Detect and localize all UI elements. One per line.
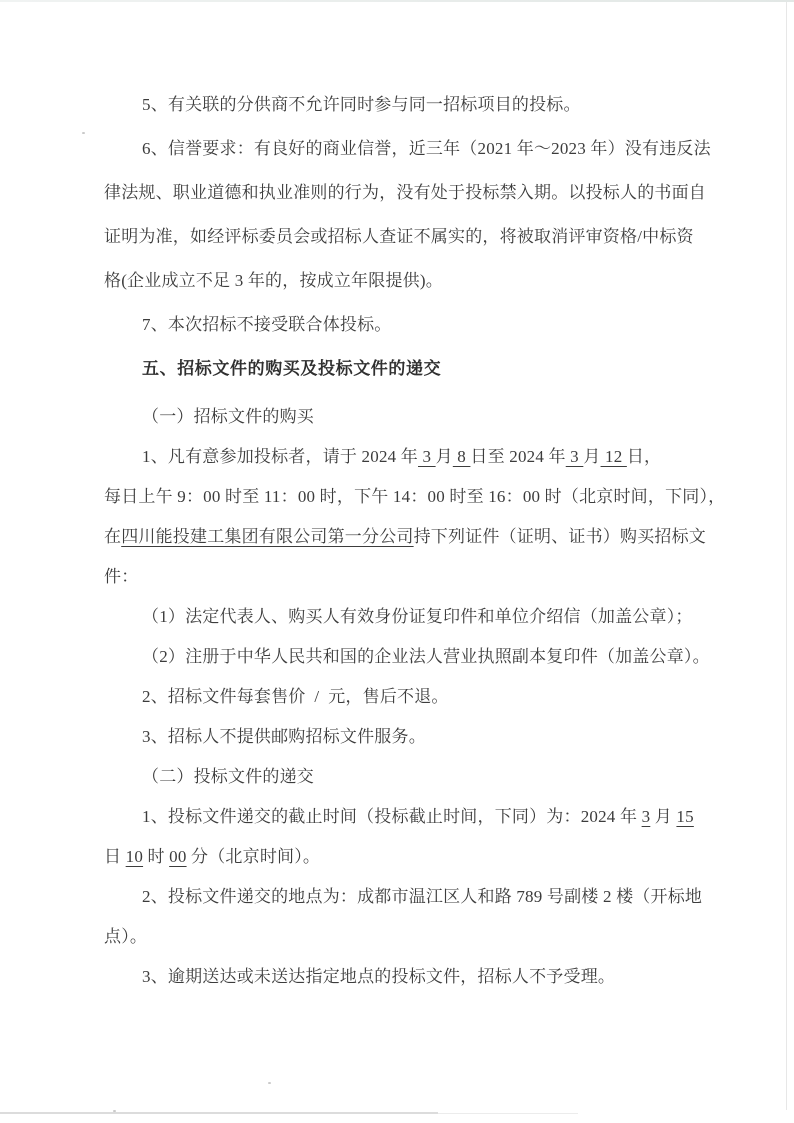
text-line: 7、本次招标不接受联合体投标。 bbox=[104, 303, 764, 347]
underlined-text: 00 bbox=[169, 847, 186, 866]
document-body: 5、有关联的分供商不允许同时参与同一招标项目的投标。6、信誉要求：有良好的商业信… bbox=[104, 83, 764, 997]
underlined-text: 3 bbox=[418, 447, 436, 466]
text-run: 2、招标文件每套售价 / 元，售后不退。 bbox=[142, 687, 449, 706]
text-run: 1、投标文件递交的截止时间（投标截止时间，下同）为：2024 年 bbox=[142, 807, 642, 826]
text-run: （2）注册于中华人民共和国的企业法人营业执照副本复印件（加盖公章）。 bbox=[142, 647, 710, 666]
underlined-text: 10 bbox=[126, 847, 143, 866]
text-line: 在四川能投建工集团有限公司第一分公司持下列证件（证明、证书）购买招标文 bbox=[104, 517, 764, 557]
text-run: 件： bbox=[104, 567, 138, 586]
text-run: （一）招标文件的购买 bbox=[142, 407, 314, 426]
scan-top-edge bbox=[0, 0, 794, 2]
text-run: 点）。 bbox=[104, 927, 147, 946]
text-run: 日 bbox=[104, 847, 126, 866]
text-run: 月 bbox=[583, 447, 600, 466]
scan-speck bbox=[113, 1110, 116, 1112]
scan-bottom-edge bbox=[0, 1112, 438, 1114]
text-run: 分（北京时间）。 bbox=[187, 847, 321, 866]
text-run: 1、凡有意参加投标者，请于 2024 年 bbox=[142, 447, 418, 466]
underlined-text: 3 bbox=[642, 807, 651, 826]
text-line: 6、信誉要求：有良好的商业信誉，近三年（2021 年～2023 年）没有违反法 bbox=[104, 127, 764, 171]
text-run: 7、本次招标不接受联合体投标。 bbox=[142, 315, 392, 334]
underlined-text: 四川能投建工集团有限公司第一分公司 bbox=[121, 527, 413, 546]
text-run: 2、投标文件递交的地点为：成都市温江区人和路 789 号副楼 2 楼（开标地 bbox=[142, 887, 702, 906]
text-line: （2）注册于中华人民共和国的企业法人营业执照副本复印件（加盖公章）。 bbox=[104, 637, 764, 677]
text-run: 律法规、职业道德和执业准则的行为，没有处于投标禁入期。以投标人的书面自 bbox=[104, 183, 706, 202]
scan-right-edge bbox=[786, 2, 787, 1110]
scan-speck bbox=[82, 132, 85, 134]
text-run: 3、逾期送达或未送达指定地点的投标文件，招标人不予受理。 bbox=[142, 967, 615, 986]
text-line: 律法规、职业道德和执业准则的行为，没有处于投标禁入期。以投标人的书面自 bbox=[104, 171, 764, 215]
scanned-document-page: 5、有关联的分供商不允许同时参与同一招标项目的投标。6、信誉要求：有良好的商业信… bbox=[0, 0, 794, 1123]
scan-bottom-edge-faint bbox=[438, 1113, 578, 1114]
text-line: （1）法定代表人、购买人有效身份证复印件和单位介绍信（加盖公章）； bbox=[104, 597, 764, 637]
text-run: 证明为准，如经评标委员会或招标人查证不属实的，将被取消评审资格/中标资 bbox=[104, 227, 694, 246]
text-run: （二）投标文件的递交 bbox=[142, 767, 314, 786]
text-line: 1、投标文件递交的截止时间（投标截止时间，下同）为：2024 年 3 月 15 bbox=[104, 797, 764, 837]
subsection-heading: （一）招标文件的购买 bbox=[104, 397, 764, 437]
text-line: 格(企业成立不足 3 年的，按成立年限提供)。 bbox=[104, 259, 764, 303]
section-heading: 五、招标文件的购买及投标文件的递交 bbox=[104, 347, 764, 391]
underlined-text: 15 bbox=[676, 807, 693, 826]
text-run: 格(企业成立不足 3 年的，按成立年限提供)。 bbox=[104, 271, 443, 290]
underlined-text: 12 bbox=[601, 447, 627, 466]
text-run: 每日上午 9：00 时至 11：00 时，下午 14：00 时至 16：00 时… bbox=[104, 487, 725, 506]
text-line: 2、投标文件递交的地点为：成都市温江区人和路 789 号副楼 2 楼（开标地 bbox=[104, 877, 764, 917]
text-line: 点）。 bbox=[104, 917, 764, 957]
underlined-text: 8 bbox=[453, 447, 471, 466]
text-run: 3、招标人不提供邮购招标文件服务。 bbox=[142, 727, 426, 746]
text-run: 月 bbox=[436, 447, 453, 466]
underlined-text: 3 bbox=[566, 447, 584, 466]
text-line: 1、凡有意参加投标者，请于 2024 年 3 月 8 日至 2024 年 3 月… bbox=[104, 437, 764, 477]
text-line: 3、逾期送达或未送达指定地点的投标文件，招标人不予受理。 bbox=[104, 957, 764, 997]
text-run: （1）法定代表人、购买人有效身份证复印件和单位介绍信（加盖公章）； bbox=[142, 607, 693, 626]
text-run: 日， bbox=[627, 447, 661, 466]
text-run: 在 bbox=[104, 527, 121, 546]
text-line: 2、招标文件每套售价 / 元，售后不退。 bbox=[104, 677, 764, 717]
text-line: 5、有关联的分供商不允许同时参与同一招标项目的投标。 bbox=[104, 83, 764, 127]
text-run: 五、招标文件的购买及投标文件的递交 bbox=[142, 359, 441, 378]
text-run: 日至 2024 年 bbox=[470, 447, 565, 466]
text-line: 证明为准，如经评标委员会或招标人查证不属实的，将被取消评审资格/中标资 bbox=[104, 215, 764, 259]
text-run: 时 bbox=[143, 847, 169, 866]
text-line: 日 10 时 00 分（北京时间）。 bbox=[104, 837, 764, 877]
text-line: 每日上午 9：00 时至 11：00 时，下午 14：00 时至 16：00 时… bbox=[104, 477, 764, 517]
text-line: 3、招标人不提供邮购招标文件服务。 bbox=[104, 717, 764, 757]
text-run: 5、有关联的分供商不允许同时参与同一招标项目的投标。 bbox=[142, 95, 581, 114]
scan-speck bbox=[268, 1082, 271, 1084]
text-line: 件： bbox=[104, 557, 764, 597]
text-run: 持下列证件（证明、证书）购买招标文 bbox=[414, 527, 706, 546]
text-run: 6、信誉要求：有良好的商业信誉，近三年（2021 年～2023 年）没有违反法 bbox=[142, 139, 711, 158]
text-run: 月 bbox=[650, 807, 676, 826]
subsection-heading: （二）投标文件的递交 bbox=[104, 757, 764, 797]
